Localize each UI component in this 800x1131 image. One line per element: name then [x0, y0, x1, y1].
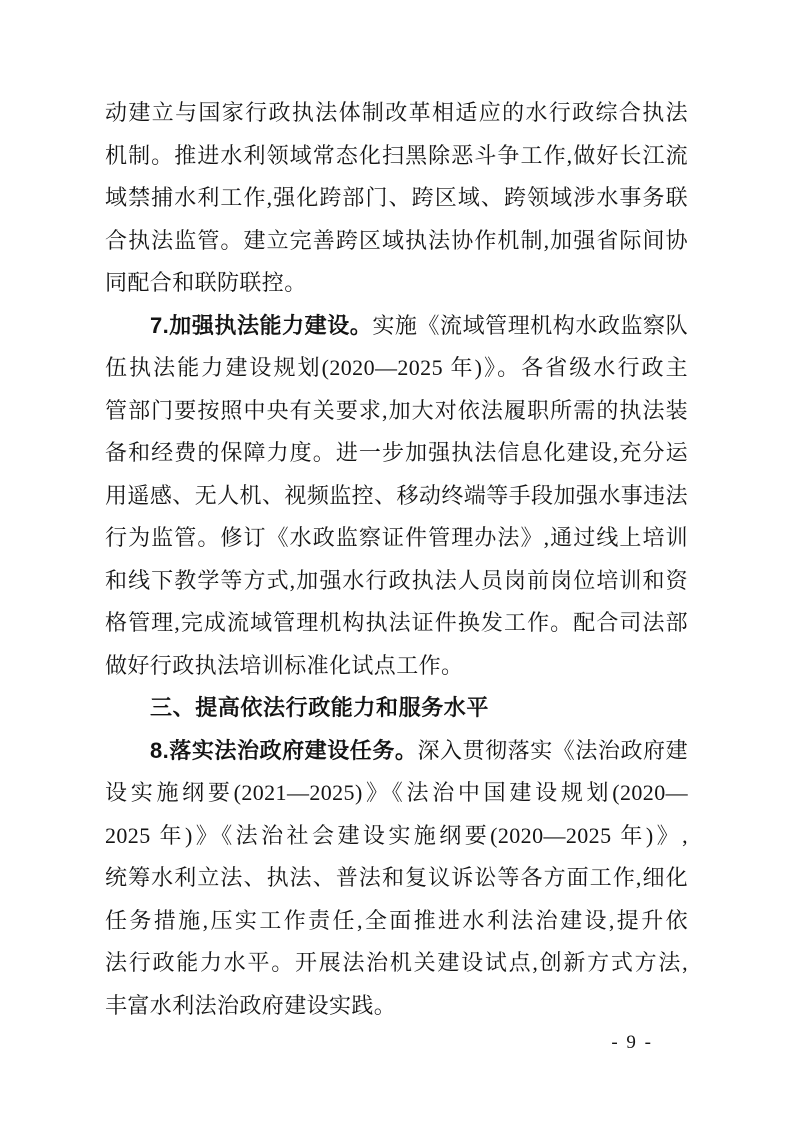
document-page: 动建立与国家行政执法体制改革相适应的水行政综合执法 机制。推进水利领域常态化扫黑… [0, 0, 800, 1131]
text-line: 域禁捕水利工作,强化跨部门、跨区域、跨领域涉水事务联 [105, 177, 688, 220]
text-line: 任务措施,压实工作责任,全面推进水利法治建设,提升依 [105, 900, 688, 943]
text-line: 2025 年)》《法治社会建设实施纲要(2020—2025 年)》, [105, 815, 688, 858]
item-8-line: 8.落实法治政府建设任务。深入贯彻落实《法治政府建 [105, 730, 688, 773]
item-7-lead: 7.加强执法能力建设。 [150, 313, 372, 338]
text-line: 丰富水利法治政府建设实践。 [105, 985, 688, 1028]
document-body: 动建立与国家行政执法体制改革相适应的水行政综合执法 机制。推进水利领域常态化扫黑… [105, 92, 688, 1027]
text-line: 设实施纲要(2021—2025)》《法治中国建设规划(2020— [105, 772, 688, 815]
text-line: 统筹水利立法、执法、普法和复议诉讼等各方面工作,细化 [105, 857, 688, 900]
text-line: 备和经费的保障力度。进一步加强执法信息化建设,充分运 [105, 432, 688, 475]
text-line: 用遥感、无人机、视频监控、移动终端等手段加强水事违法 [105, 475, 688, 518]
text-line: 和线下教学等方式,加强水行政执法人员岗前岗位培训和资 [105, 560, 688, 603]
text-line: 做好行政执法培训标准化试点工作。 [105, 645, 688, 688]
page-number: - 9 - [611, 1032, 653, 1054]
text-line: 同配合和联防联控。 [105, 262, 688, 305]
text-line: 合执法监管。建立完善跨区域执法协作机制,加强省际间协 [105, 220, 688, 263]
text-line: 法行政能力水平。开展法治机关建设试点,创新方式方法, [105, 942, 688, 985]
item-7-line: 7.加强执法能力建设。实施《流域管理机构水政监察队 [105, 305, 688, 348]
text-line: 行为监管。修订《水政监察证件管理办法》,通过线上培训 [105, 517, 688, 560]
text-line: 伍执法能力建设规划(2020—2025 年)》。各省级水行政主 [105, 347, 688, 390]
text-line: 动建立与国家行政执法体制改革相适应的水行政综合执法 [105, 92, 688, 135]
section-heading: 三、提高依法行政能力和服务水平 [105, 687, 688, 730]
item-8-rest: 深入贯彻落实《法治政府建 [417, 738, 688, 763]
text-line: 机制。推进水利领域常态化扫黑除恶斗争工作,做好长江流 [105, 135, 688, 178]
text-line: 格管理,完成流域管理机构执法证件换发工作。配合司法部 [105, 602, 688, 645]
item-7-rest: 实施《流域管理机构水政监察队 [372, 313, 688, 338]
item-8-lead: 8.落实法治政府建设任务。 [150, 738, 417, 763]
text-line: 管部门要按照中央有关要求,加大对依法履职所需的执法装 [105, 390, 688, 433]
